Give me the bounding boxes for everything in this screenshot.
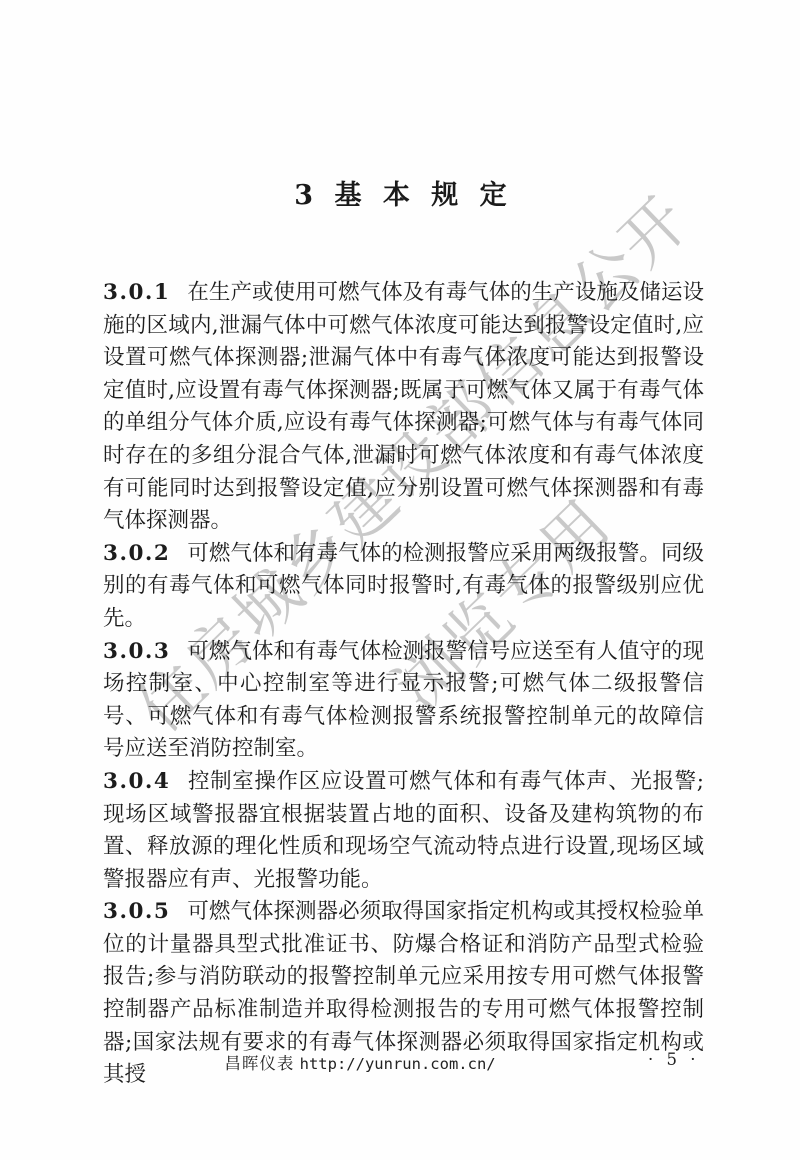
page-footer: 昌晖仪表 http://yunrun.com.cn/ · 5 · — [0, 1050, 800, 1078]
section-3-0-2-number: 3.0.2 — [103, 541, 170, 566]
section-3-0-3: 3.0.3可燃气体和有毒气体检测报警信号应送至有人值守的现场控制室、中心控制室等… — [103, 636, 704, 766]
section-3-0-4: 3.0.4控制室操作区应设置可燃气体和有毒气体声、光报警;现场区域警报器宜根据装… — [103, 766, 704, 896]
section-3-0-1: 3.0.1在生产或使用可燃气体及有毒气体的生产设施及储运设施的区域内,泄漏气体中… — [103, 277, 704, 538]
document-page: 住房城乡建设部信息公开 浏览专用 3 基 本 规 定 3.0.1在生产或使用可燃… — [0, 0, 800, 1160]
section-3-0-5-number: 3.0.5 — [103, 899, 170, 924]
footer-site-credit: 昌晖仪表 http://yunrun.com.cn/ — [224, 1050, 495, 1074]
footer-url: http://yunrun.com.cn/ — [300, 1055, 496, 1073]
section-3-0-1-number: 3.0.1 — [103, 280, 170, 305]
section-3-0-3-number: 3.0.3 — [103, 639, 170, 664]
section-3-0-2: 3.0.2可燃气体和有毒气体的检测报警应采用两级报警。同级别的有毒气体和可燃气体… — [103, 538, 704, 636]
document-body: 3.0.1在生产或使用可燃气体及有毒气体的生产设施及储运设施的区域内,泄漏气体中… — [103, 277, 704, 1092]
section-3-0-4-number: 3.0.4 — [103, 769, 170, 794]
page-number: · 5 · — [648, 1050, 699, 1069]
section-3-0-3-text: 可燃气体和有毒气体检测报警信号应送至有人值守的现场控制室、中心控制室等进行显示报… — [103, 639, 704, 762]
section-3-0-1-text: 在生产或使用可燃气体及有毒气体的生产设施及储运设施的区域内,泄漏气体中可燃气体浓… — [103, 280, 704, 533]
section-3-0-2-text: 可燃气体和有毒气体的检测报警应采用两级报警。同级别的有毒气体和可燃气体同时报警时… — [103, 541, 704, 631]
chapter-title: 3 基 本 规 定 — [103, 180, 704, 212]
section-3-0-4-text: 控制室操作区应设置可燃气体和有毒气体声、光报警;现场区域警报器宜根据装置占地的面… — [103, 769, 704, 892]
footer-brand: 昌晖仪表 — [224, 1054, 294, 1073]
